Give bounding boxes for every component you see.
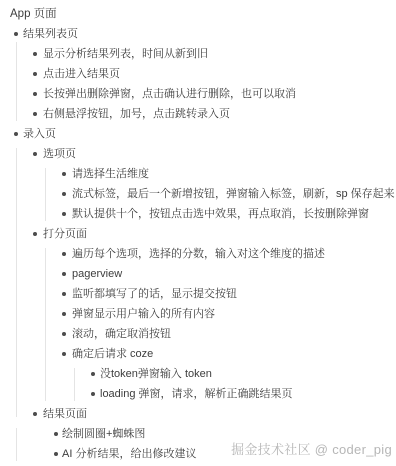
bullet-icon [54,432,58,436]
indent-guide-line [16,148,17,417]
outline-item-text: 请选择生活维度 [72,164,149,184]
outline-item-text: 弹窗显示用户输入的所有内容 [72,304,215,324]
bullet-icon [62,292,66,296]
indent-guide-line [45,168,46,221]
outline-item: 没token弹窗输入 token [0,364,396,384]
outline-item-text: 打分页面 [43,224,87,244]
bullet-icon [62,192,66,196]
outline-item-text: 点击进入结果页 [43,64,120,84]
bullet-icon [91,372,95,376]
bullet-icon [33,72,37,76]
outline-item-text: 结果页面 [43,404,87,424]
outline-item: 滚动，确定取消按钮 [0,324,396,344]
outline-item-text: 结果列表页 [23,24,78,44]
bullet-icon [33,232,37,236]
outline-item: 流式标签，最后一个新增按钮，弹窗输入标签，刷新，sp 保存起来 [0,184,396,204]
outline-item: 右侧悬浮按钮，加号，点击跳转录入页 [0,104,396,124]
outline-item: 录入页 [0,124,396,144]
indent-guide-line [16,428,17,461]
outline-item: 显示分析结果列表，时间从新到旧 [0,44,396,64]
bullet-icon [91,392,95,396]
bullet-icon [33,152,37,156]
outline-item: pagerview [0,264,396,284]
outline-item-text: 确定后请求 coze [72,344,153,364]
watermark: 掘金技术社区 @ coder_pig [231,439,392,458]
bullet-icon [33,112,37,116]
outline-item-text: 监听都填写了的话，显示提交按钮 [72,284,237,304]
outline-item: 确定后请求 coze [0,344,396,364]
outline-item: 结果列表页 [0,24,396,44]
bullet-icon [33,92,37,96]
outline-item: 打分页面 [0,224,396,244]
outline-item: 监听都填写了的话，显示提交按钮 [0,284,396,304]
bullet-icon [62,252,66,256]
outline-item-text: 遍历每个选项，选择的分数，输入对这个维度的描述 [72,244,325,264]
indent-guide-line [74,368,75,401]
outline-item-text: 默认提供十个，按钮点击选中效果，再点取消，长按删除弹窗 [72,204,369,224]
outline-item-text: pagerview [72,264,122,284]
outline-item: 默认提供十个，按钮点击选中效果，再点取消，长按删除弹窗 [0,204,396,224]
page-title-text: App 页面 [10,4,57,24]
bullet-icon [62,272,66,276]
outline-item: 弹窗显示用户输入的所有内容 [0,304,396,324]
bullet-icon [54,452,58,456]
outline-item-text: 右侧悬浮按钮，加号，点击跳转录入页 [43,104,230,124]
outline-item-text: loading 弹窗，请求，解析正确跳结果页 [100,384,293,404]
outline-item: 遍历每个选项，选择的分数，输入对这个维度的描述 [0,244,396,264]
outline-item: 结果页面 [0,404,396,424]
bullet-icon [62,212,66,216]
indent-guide-line [45,248,46,401]
bullet-icon [14,132,18,136]
bullet-icon [62,332,66,336]
outline-item: 长按弹出删除弹窗，点击确认进行删除，也可以取消 [0,84,396,104]
outline-document: App 页面 结果列表页显示分析结果列表，时间从新到旧点击进入结果页长按弹出删除… [0,0,396,466]
outline-item-text: 流式标签，最后一个新增按钮，弹窗输入标签，刷新，sp 保存起来 [72,184,395,204]
outline-item-text: 长按弹出删除弹窗，点击确认进行删除，也可以取消 [43,84,296,104]
outline-item-text: 没token弹窗输入 token [100,364,212,384]
indent-guide-line [16,42,17,121]
outline-item: loading 弹窗，请求，解析正确跳结果页 [0,384,396,404]
outline-item-text: AI 分析结果，给出修改建议 [62,444,196,464]
bullet-icon [62,352,66,356]
bullet-icon [33,412,37,416]
page-title: App 页面 [0,4,396,24]
outline-item-text: 显示分析结果列表，时间从新到旧 [43,44,208,64]
outline-item-text: 绘制圆圈+蜘蛛图 [62,424,145,444]
outline-item-text: 录入页 [23,124,56,144]
outline-item-text: 选项页 [43,144,76,164]
outline-item-text: 滚动，确定取消按钮 [72,324,171,344]
outline-item: 选项页 [0,144,396,164]
bullet-icon [33,52,37,56]
outline-item: 请选择生活维度 [0,164,396,184]
outline-item: 点击进入结果页 [0,64,396,84]
bullet-icon [62,172,66,176]
bullet-icon [14,32,18,36]
bullet-icon [62,312,66,316]
